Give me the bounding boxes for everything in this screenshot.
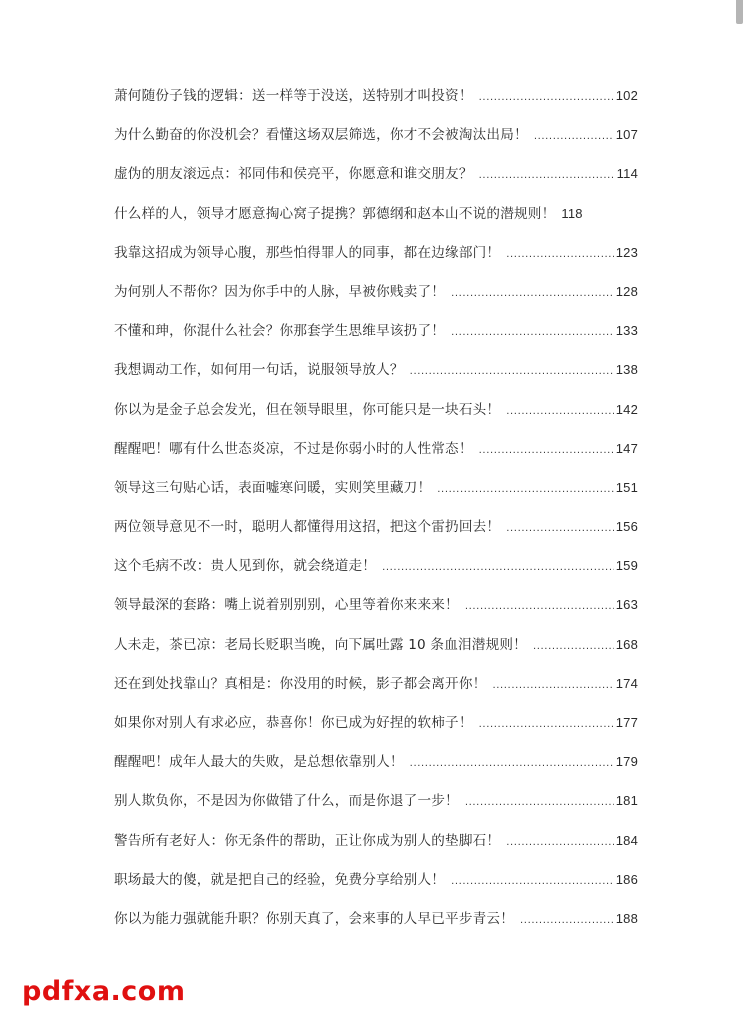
dot-leader: [533, 641, 614, 652]
toc-entry[interactable]: 如果你对别人有求必应，恭喜你！你已成为好捏的软柿子！ 177: [114, 711, 638, 750]
dot-leader: [465, 601, 614, 612]
toc-entry[interactable]: 醒醒吧！哪有什么世态炎凉，不过是你弱小时的人性常态！ 147: [114, 437, 638, 476]
toc-entry-title: 这个毛病不改：贵人见到你，就会绕道走！: [114, 554, 376, 574]
toc-entry[interactable]: 两位领导意见不一时，聪明人都懂得用这招，把这个雷扔回去！ 156: [114, 515, 638, 554]
toc-entry[interactable]: 职场最大的傻，就是把自己的经验，免费分享给别人！ 186: [114, 868, 638, 907]
toc-entry[interactable]: 不懂和珅，你混什么社会？你那套学生思维早该扔了！ 133: [114, 319, 638, 358]
toc-entry-title: 我想调动工作，如何用一句话，说服领导放人？: [114, 358, 404, 378]
toc-entry-page: 114: [617, 166, 638, 181]
toc-entry[interactable]: 为什么勤奋的你没机会？看懂这场双层筛选，你才不会被淘汰出局！ 107: [114, 123, 638, 162]
dot-leader: [479, 170, 615, 181]
toc-entry-page: 107: [616, 127, 638, 142]
toc-entry[interactable]: 我想调动工作，如何用一句话，说服领导放人？ 138: [114, 358, 638, 397]
toc-entry-page: 142: [616, 402, 638, 417]
toc-entry-page: 133: [616, 323, 638, 338]
dot-leader: [451, 327, 614, 338]
vertical-scrollbar[interactable]: [735, 0, 745, 1024]
toc-entry-page: 159: [616, 558, 638, 573]
dot-leader: [479, 92, 614, 103]
dot-leader: [451, 288, 614, 299]
dot-leader: [410, 758, 614, 769]
toc-entry[interactable]: 萧何随份子钱的逻辑：送一样等于没送，送特别才叫投资！ 102: [114, 84, 638, 123]
toc-entry[interactable]: 还在到处找靠山？真相是：你没用的时候，影子都会离开你！ 174: [114, 672, 638, 711]
toc-entry-title: 醒醒吧！哪有什么世态炎凉，不过是你弱小时的人性常态！: [114, 437, 473, 457]
toc-entry-page: 179: [616, 754, 638, 769]
table-of-contents: 萧何随份子钱的逻辑：送一样等于没送，送特别才叫投资！ 102 为什么勤奋的你没机…: [114, 84, 638, 946]
dot-leader: [506, 523, 613, 534]
toc-entry-page: 174: [616, 676, 638, 691]
scrollbar-thumb[interactable]: [736, 0, 743, 24]
dot-leader: [451, 876, 614, 887]
toc-entry-page: 186: [616, 872, 638, 887]
toc-entry-title: 还在到处找靠山？真相是：你没用的时候，影子都会离开你！: [114, 672, 486, 692]
toc-entry[interactable]: 别人欺负你，不是因为你做错了什么，而是你退了一步！ 181: [114, 789, 638, 828]
toc-entry[interactable]: 领导最深的套路：嘴上说着别别别，心里等着你来来来！ 163: [114, 593, 638, 632]
toc-entry-title: 两位领导意见不一时，聪明人都懂得用这招，把这个雷扔回去！: [114, 515, 500, 535]
dot-leader: [382, 562, 614, 573]
toc-entry[interactable]: 醒醒吧！成年人最大的失败，是总想依靠别人！ 179: [114, 750, 638, 789]
toc-entry[interactable]: 你以为能力强就能升职？你别天真了，会来事的人早已平步青云！ 188: [114, 907, 638, 946]
dot-leader: [506, 406, 613, 417]
toc-entry[interactable]: 人未走，茶已凉：老局长贬职当晚，向下属吐露 10 条血泪潜规则！ 168: [114, 633, 638, 672]
toc-entry-page: 147: [616, 441, 638, 456]
toc-entry-title: 领导这三句贴心话，表面嘘寒问暖，实则笑里藏刀！: [114, 476, 431, 496]
toc-entry-page: 102: [616, 88, 638, 103]
toc-entry-title: 别人欺负你，不是因为你做错了什么，而是你退了一步！: [114, 789, 459, 809]
dot-leader: [465, 797, 614, 808]
toc-entry[interactable]: 为何别人不帮你？因为你手中的人脉，早被你贱卖了！ 128: [114, 280, 638, 319]
toc-entry[interactable]: 领导这三句贴心话，表面嘘寒问暖，实则笑里藏刀！ 151: [114, 476, 638, 515]
toc-entry-title: 如果你对别人有求必应，恭喜你！你已成为好捏的软柿子！: [114, 711, 473, 731]
toc-entry-page: 168: [616, 637, 638, 652]
toc-entry-title: 为什么勤奋的你没机会？看懂这场双层筛选，你才不会被淘汰出局！: [114, 123, 528, 143]
toc-entry-title: 醒醒吧！成年人最大的失败，是总想依靠别人！: [114, 750, 404, 770]
toc-entry-page: 188: [616, 911, 638, 926]
toc-entry-title: 为何别人不帮你？因为你手中的人脉，早被你贱卖了！: [114, 280, 445, 300]
toc-entry-page: 138: [616, 362, 638, 377]
toc-entry-page: 156: [616, 519, 638, 534]
toc-entry-title: 我靠这招成为领导心腹，那些怕得罪人的同事，都在边缘部门！: [114, 241, 500, 261]
dot-leader: [479, 445, 614, 456]
dot-leader: [506, 249, 613, 260]
toc-entry-page: 128: [616, 284, 638, 299]
toc-entry-title: 什么样的人，领导才愿意掏心窝子提携？郭德纲和赵本山不说的潜规则！: [114, 202, 555, 222]
toc-entry[interactable]: 什么样的人，领导才愿意掏心窝子提携？郭德纲和赵本山不说的潜规则！ 118: [114, 202, 638, 241]
toc-entry-page: 184: [616, 833, 638, 848]
toc-entry-page: 177: [616, 715, 638, 730]
toc-entry-page: 118: [561, 206, 582, 221]
toc-entry-page: 181: [616, 793, 638, 808]
toc-entry[interactable]: 这个毛病不改：贵人见到你，就会绕道走！ 159: [114, 554, 638, 593]
toc-entry-page: 123: [616, 245, 638, 260]
toc-entry[interactable]: 你以为是金子总会发光，但在领导眼里，你可能只是一块石头！ 142: [114, 398, 638, 437]
toc-entry-title: 职场最大的傻，就是把自己的经验，免费分享给别人！: [114, 868, 445, 888]
dot-leader: [520, 915, 614, 926]
toc-entry-title: 人未走，茶已凉：老局长贬职当晚，向下属吐露 10 条血泪潜规则！: [114, 633, 527, 653]
toc-entry-title: 萧何随份子钱的逻辑：送一样等于没送，送特别才叫投资！: [114, 84, 473, 104]
dot-leader: [492, 680, 613, 691]
toc-entry[interactable]: 虚伪的朋友滚远点：祁同伟和侯亮平，你愿意和谁交朋友？ 114: [114, 162, 638, 201]
dot-leader: [437, 484, 613, 495]
toc-entry-page: 151: [616, 480, 638, 495]
toc-entry-title: 不懂和珅，你混什么社会？你那套学生思维早该扔了！: [114, 319, 445, 339]
dot-leader: [410, 366, 614, 377]
toc-entry-title: 警告所有老好人：你无条件的帮助，正让你成为别人的垫脚石！: [114, 829, 500, 849]
toc-entry-title: 领导最深的套路：嘴上说着别别别，心里等着你来来来！: [114, 593, 459, 613]
toc-entry[interactable]: 警告所有老好人：你无条件的帮助，正让你成为别人的垫脚石！ 184: [114, 829, 638, 868]
toc-entry-title: 虚伪的朋友滚远点：祁同伟和侯亮平，你愿意和谁交朋友？: [114, 162, 473, 182]
dot-leader: [534, 131, 614, 142]
dot-leader: [506, 837, 613, 848]
watermark-logo: pdfxa.com: [22, 976, 185, 1007]
toc-entry-page: 163: [616, 597, 638, 612]
dot-leader: [479, 719, 614, 730]
toc-entry-title: 你以为是金子总会发光，但在领导眼里，你可能只是一块石头！: [114, 398, 500, 418]
toc-entry[interactable]: 我靠这招成为领导心腹，那些怕得罪人的同事，都在边缘部门！ 123: [114, 241, 638, 280]
toc-entry-title: 你以为能力强就能升职？你别天真了，会来事的人早已平步青云！: [114, 907, 514, 927]
